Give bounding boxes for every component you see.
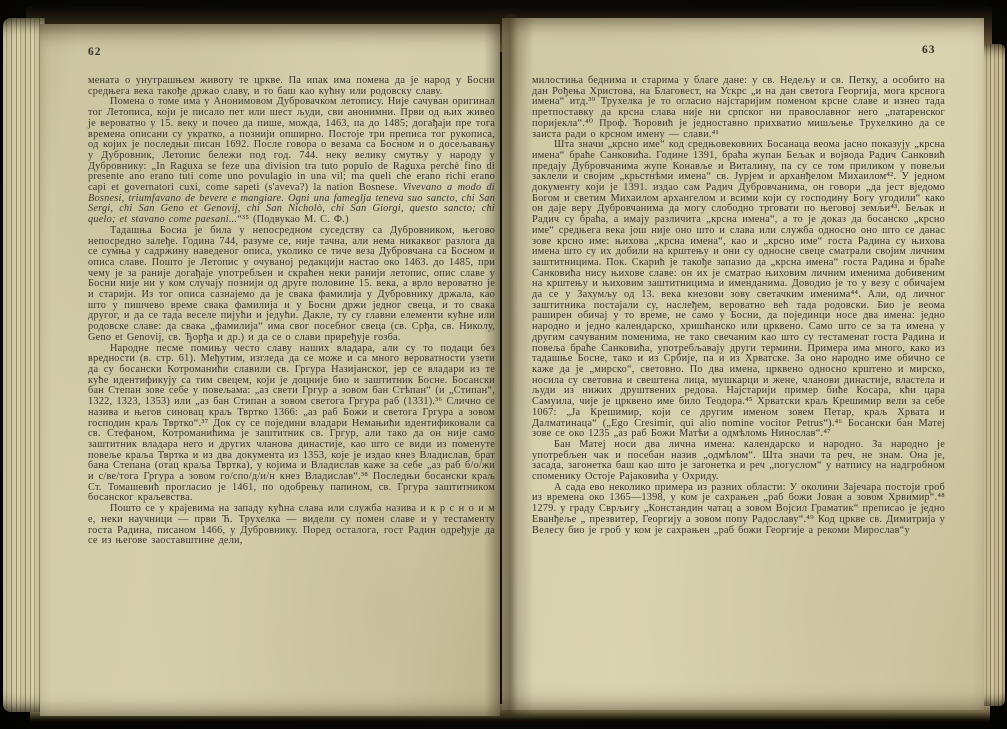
text-run: “³⁵ (Подвукао М. С. Ф.) xyxy=(237,214,349,225)
text-run: мената о унутрашњем животу те цркве. Па … xyxy=(88,75,495,97)
text-run: Пошто се у крајевима на западу кућна сла… xyxy=(88,503,495,546)
text-run: Народне песме помињу често славу наших в… xyxy=(88,343,495,504)
page-number-left: 62 xyxy=(88,46,102,58)
paragraph: Тадашња Босна је била у непосредном сусе… xyxy=(88,226,495,344)
page-fore-edges-left xyxy=(3,18,45,712)
paragraph: Шта значи „крсно име“ код средњовековних… xyxy=(532,140,945,440)
page-fore-edges-right xyxy=(983,44,1005,706)
text-run: Тадашња Босна је била у непосредном сусе… xyxy=(88,225,495,343)
text-run: Шта значи „крсно име“ код средњовековних… xyxy=(532,139,945,439)
paragraph: милостиња беднима и старима у благе дане… xyxy=(532,76,945,140)
page-number-right: 63 xyxy=(922,44,936,56)
book-page-left: 62 мената о унутрашњем животу те цркве. … xyxy=(40,24,500,716)
paragraph: Бан Матеј носи два лична имена: календар… xyxy=(532,440,945,483)
paragraph: Помена о томе има у Анонимовом Дубровачк… xyxy=(88,97,495,225)
paragraph: Народне песме помињу често славу наших в… xyxy=(88,344,495,505)
page-left-body: мената о унутрашњем животу те цркве. Па … xyxy=(88,76,495,547)
text-run: милостиња беднима и старима у благе дане… xyxy=(532,75,945,140)
paragraph: Пошто се у крајевима на западу кућна сла… xyxy=(88,504,495,547)
paragraph: мената о унутрашњем животу те цркве. Па … xyxy=(88,76,495,97)
text-run: Помена о томе има у Анонимовом Дубровачк… xyxy=(88,96,495,193)
paragraph: А сада ево неколико примера из разних об… xyxy=(532,483,945,537)
text-run: А сада ево неколико примера из разних об… xyxy=(532,482,945,536)
text-run: Бан Матеј носи два лична имена: календар… xyxy=(532,439,945,482)
photo-stage: 62 мената о унутрашњем животу те цркве. … xyxy=(0,0,1007,729)
book-page-right: 63 милостиња беднима и старима у благе д… xyxy=(502,18,984,710)
page-right-body: милостиња беднима и старима у благе дане… xyxy=(532,76,945,536)
